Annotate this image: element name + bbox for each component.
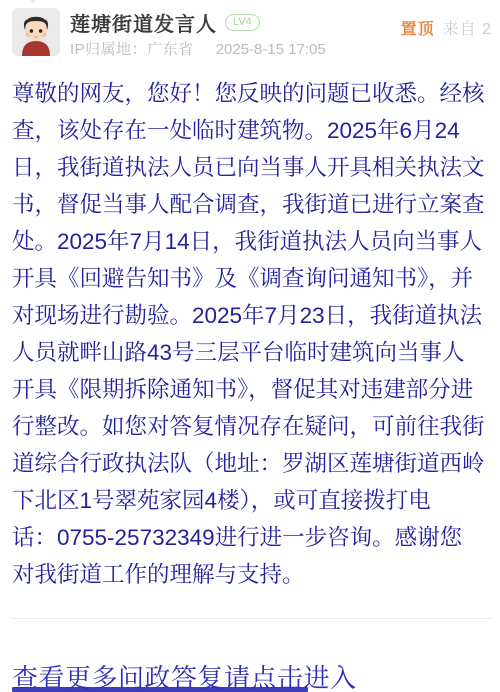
- header-right: 置顶来自 2: [401, 16, 492, 39]
- forum-post: 莲塘街道发言人 LV4 IP归属地：广东省2025-8-15 17:05 置顶来…: [0, 0, 500, 692]
- cutoff-text-sliver: [12, 687, 308, 692]
- floor-label: 来自 2: [443, 21, 492, 38]
- section-divider: [10, 618, 493, 619]
- level-badge: LV4: [225, 14, 260, 31]
- username[interactable]: 莲塘街道发言人: [70, 8, 217, 37]
- post-meta-row: IP归属地：广东省2025-8-15 17:05: [70, 38, 490, 59]
- timestamp: 2025-8-15 17:05: [216, 41, 326, 58]
- user-avatar[interactable]: [12, 8, 60, 56]
- post-header: 莲塘街道发言人 LV4 IP归属地：广东省2025-8-15 17:05 置顶来…: [0, 0, 500, 60]
- pinned-badge: 置顶: [401, 21, 435, 38]
- ip-location-label: IP归属地：广东省: [70, 41, 194, 58]
- reply-body-text: 尊敬的网友，您好！您反映的问题已收悉。经核 查，该处存在一处临时建筑物。2025…: [12, 75, 492, 593]
